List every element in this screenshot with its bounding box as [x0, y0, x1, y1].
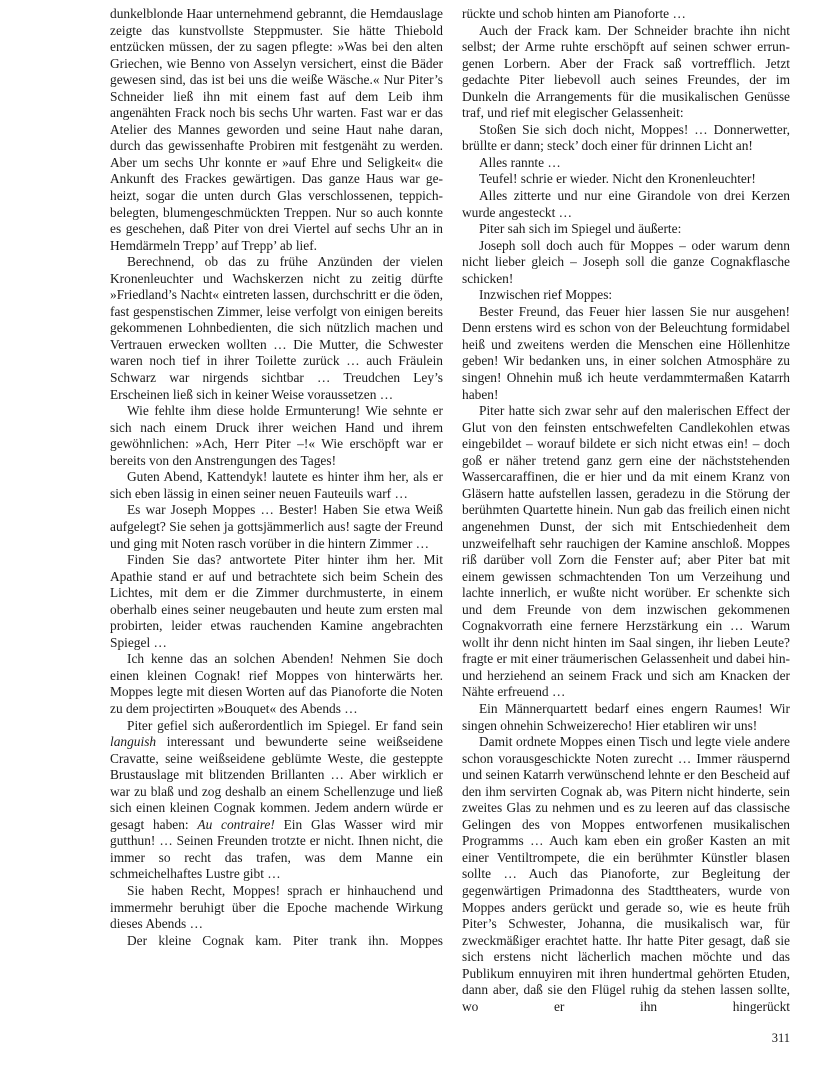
paragraph: Wie fehlte ihm diese holde Ermunterung! … [110, 403, 443, 469]
page-number: 311 [700, 1030, 790, 1046]
paragraph: Bester Freund, das Feuer hier lassen Sie… [462, 304, 790, 403]
paragraph: Ich kenne das an solchen Abenden! Nehmen… [110, 651, 443, 717]
paragraph: Piter sah sich im Spiegel und äußerte: [462, 221, 790, 238]
paragraph: dunkelblonde Haar unternehmend gebrannt,… [110, 6, 443, 254]
paragraph: Stoßen Sie sich doch nicht, Moppes! … Do… [462, 122, 790, 155]
italic-term: languish [110, 734, 156, 749]
paragraph: Piter gefiel sich außerordentlich im Spi… [110, 718, 443, 883]
paragraph: Ein Männerquartett bedarf eines engern R… [462, 701, 790, 734]
paragraph: Joseph soll doch auch für Moppes – oder … [462, 238, 790, 288]
paragraph: Alles rannte … [462, 155, 790, 172]
paragraph: Piter hatte sich zwar sehr auf den maler… [462, 403, 790, 701]
paragraph: Damit ordnete Moppes einen Tisch und leg… [462, 734, 790, 1015]
paragraph: rückte und schob hinten am Pianoforte … [462, 6, 790, 23]
paragraph: Inzwischen rief Moppes: [462, 287, 790, 304]
paragraph-text: Piter gefiel sich außerordentlich im Spi… [127, 718, 443, 733]
paragraph: Auch der Frack kam. Der Schneider bracht… [462, 23, 790, 122]
paragraph: Alles zitterte und nur eine Girandole vo… [462, 188, 790, 221]
paragraph: Finden Sie das? antwortete Piter hinter … [110, 552, 443, 651]
right-text-column: rückte und schob hinten am Pianoforte … … [462, 6, 790, 1015]
paragraph: Es war Joseph Moppes … Bester! Haben Sie… [110, 502, 443, 552]
left-text-column: dunkelblonde Haar unternehmend gebrannt,… [110, 6, 443, 949]
paragraph: Guten Abend, Kattendyk! lautete es hinte… [110, 469, 443, 502]
paragraph: Berechnend, ob das zu frühe Anzünden der… [110, 254, 443, 403]
italic-phrase: Au contraire! [197, 817, 274, 832]
paragraph: Der kleine Cognak kam. Piter trank ihn. … [110, 933, 443, 950]
paragraph: Sie haben Recht, Moppes! sprach er hinha… [110, 883, 443, 933]
paragraph: Teufel! schrie er wieder. Nicht den Kron… [462, 171, 790, 188]
